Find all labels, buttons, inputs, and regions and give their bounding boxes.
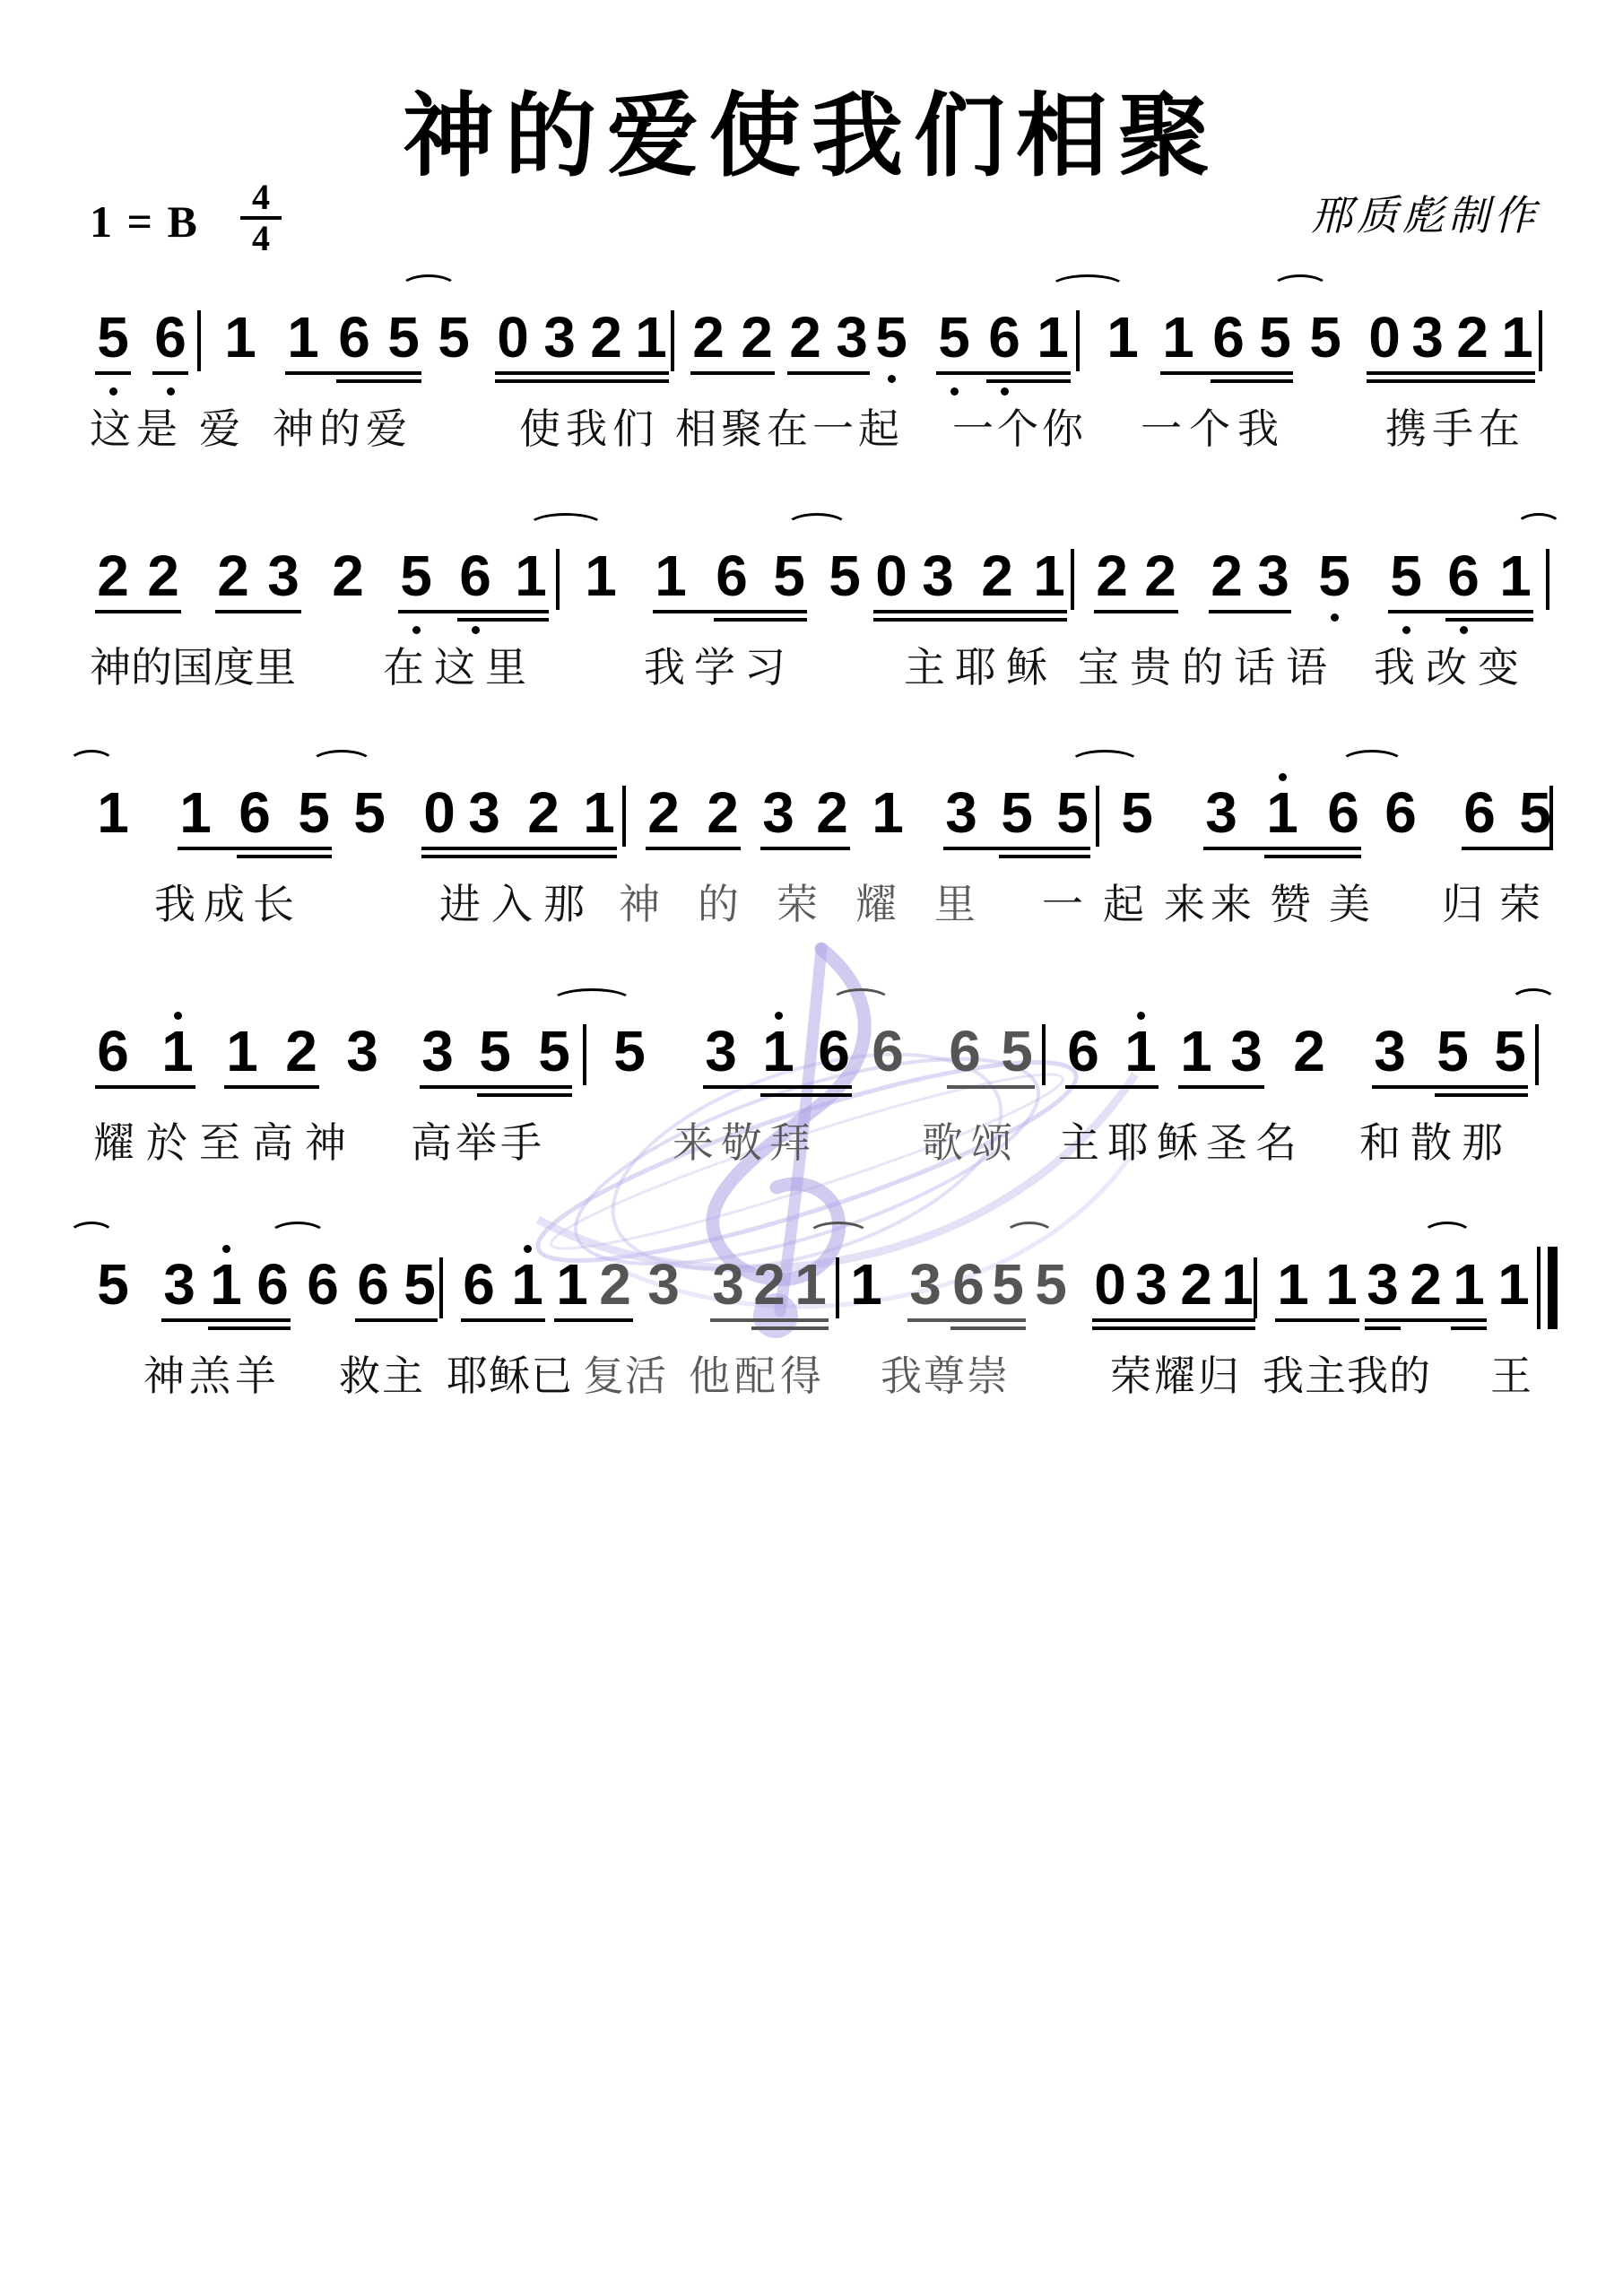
lyric-group: 耀於至高神 bbox=[93, 1119, 358, 1166]
beam-underline bbox=[1094, 610, 1178, 613]
beam-underline bbox=[161, 1318, 291, 1322]
note-digit-value: 6 bbox=[870, 1022, 906, 1080]
note-digit-value: 2 bbox=[690, 309, 726, 366]
tie-arc bbox=[1422, 1222, 1472, 1248]
note-digit: 5 bbox=[386, 309, 421, 366]
note-digit: 3 bbox=[420, 1022, 456, 1080]
note-digit-value: 6 bbox=[305, 1256, 341, 1313]
note-digit: 6 bbox=[95, 1022, 131, 1080]
note-digit-value: 2 bbox=[145, 547, 181, 604]
note-digit: 1 bbox=[1264, 784, 1300, 841]
note-digit-value: 1 bbox=[1451, 1256, 1487, 1313]
tie-arc bbox=[1271, 274, 1329, 301]
note-digit: 2 bbox=[1178, 1256, 1214, 1313]
note-digit-value: 5 bbox=[436, 309, 472, 366]
note-digit-value: 2 bbox=[705, 784, 741, 841]
note-digit: 5 bbox=[477, 1022, 513, 1080]
note-digit: 2 bbox=[646, 784, 681, 841]
beam-underline bbox=[1275, 1318, 1359, 1322]
note-digit: 1 bbox=[1105, 309, 1141, 366]
note-digit-value: 2 bbox=[283, 1022, 319, 1080]
note-digit: 5 bbox=[95, 309, 131, 366]
lyric-group: 和散那 bbox=[1359, 1119, 1513, 1166]
note-digit: 3 bbox=[1228, 1022, 1264, 1080]
note-digit-value: 6 bbox=[255, 1256, 291, 1313]
note-digit: 3 bbox=[920, 547, 956, 604]
beam-underline bbox=[1367, 371, 1535, 375]
note-digit-value: 1 bbox=[509, 1256, 545, 1313]
beam-underline bbox=[95, 610, 181, 613]
note-digit: 1 bbox=[633, 309, 669, 366]
note-digit: 5 bbox=[936, 309, 972, 366]
note-digit-value: 6 bbox=[947, 1022, 983, 1080]
beam-underline bbox=[653, 610, 807, 613]
final-bar-line-thin bbox=[1537, 1247, 1541, 1329]
note-digit-value: 1 bbox=[160, 1022, 195, 1080]
lyric-group: 在这里 bbox=[383, 644, 536, 691]
note-digit: 1 bbox=[1275, 1256, 1311, 1313]
note-digit: 2 bbox=[597, 1256, 633, 1313]
note-digit: 2 bbox=[1408, 1256, 1444, 1313]
note-digit: 6 bbox=[1462, 784, 1497, 841]
note-digit: 5 bbox=[536, 1022, 572, 1080]
beam-underline-2 bbox=[237, 855, 332, 858]
beam-underline bbox=[420, 1085, 572, 1089]
note-digit: 3 bbox=[344, 1022, 380, 1080]
note-digit: 3 bbox=[1410, 309, 1445, 366]
note-digit-value: 2 bbox=[739, 309, 775, 366]
sheet-music-page: 神的爱使我们相聚 1 = B 4 4 邢质彪制作 561165503212223… bbox=[0, 0, 1623, 2296]
note-digit: 5 bbox=[873, 309, 909, 366]
note-digit: 5 bbox=[436, 309, 472, 366]
note-digit-value: 2 bbox=[95, 547, 131, 604]
note-digit: 5 bbox=[999, 784, 1035, 841]
beam-underline bbox=[936, 371, 1071, 375]
bar-line bbox=[622, 786, 626, 847]
lyric-group: 爱 bbox=[199, 405, 240, 452]
lyric-group: 我成长 bbox=[154, 881, 302, 927]
note-digit: 6 bbox=[1445, 547, 1481, 604]
note-digit: 6 bbox=[336, 309, 372, 366]
note-digit: 5 bbox=[999, 1022, 1035, 1080]
octave-dot-low bbox=[412, 626, 421, 634]
note-digit-value: 1 bbox=[581, 784, 617, 841]
note-digit: 5 bbox=[1257, 309, 1293, 366]
bar-line bbox=[1549, 786, 1553, 847]
note-digit: 1 bbox=[509, 1256, 545, 1313]
note-digit: 3 bbox=[1133, 1256, 1169, 1313]
bar-line bbox=[439, 1257, 443, 1318]
lyric-group: 我改变 bbox=[1374, 644, 1530, 691]
note-digit-value: 3 bbox=[542, 309, 577, 366]
tie-arc bbox=[527, 513, 604, 540]
note-digit-value: 1 bbox=[848, 1256, 884, 1313]
note-digit: 5 bbox=[827, 547, 863, 604]
note-digit-value: 1 bbox=[760, 1022, 796, 1080]
bar-line bbox=[1076, 310, 1080, 371]
beam-underline bbox=[421, 847, 617, 850]
note-digit: 3 bbox=[907, 1256, 943, 1313]
tie-arc bbox=[807, 1222, 870, 1248]
note-digit-value: 3 bbox=[420, 1022, 456, 1080]
lyric-group: 一个你 bbox=[952, 405, 1087, 452]
note-digit: 5 bbox=[1033, 1256, 1069, 1313]
tie-arc bbox=[310, 750, 373, 777]
note-digit-value: 5 bbox=[1517, 784, 1553, 841]
note-digit-value: 6 bbox=[714, 547, 750, 604]
octave-dot-high bbox=[775, 1012, 783, 1020]
octave-dot-low bbox=[109, 387, 117, 396]
octave-dot-low bbox=[167, 387, 175, 396]
note-digit-value: 1 bbox=[222, 309, 258, 366]
tie-arc bbox=[1510, 988, 1557, 1015]
note-digit: 6 bbox=[1065, 1022, 1101, 1080]
note-digit-value: 6 bbox=[95, 1022, 131, 1080]
octave-dot-low bbox=[950, 387, 959, 396]
arranger-credit: 邢质彪制作 bbox=[1311, 194, 1540, 239]
lyric-group: 神羔羊 bbox=[143, 1352, 281, 1399]
note-digit: 5 bbox=[352, 784, 387, 841]
tie-arc bbox=[1049, 274, 1126, 301]
note-digit-value: 3 bbox=[1372, 1022, 1408, 1080]
lyric-group: 神的国度里 bbox=[90, 644, 296, 691]
note-digit: 1 bbox=[178, 784, 213, 841]
beam-underline bbox=[907, 1318, 1026, 1322]
note-digit-value: 5 bbox=[296, 784, 332, 841]
note-digit: 6 bbox=[457, 547, 493, 604]
bar-line bbox=[671, 310, 674, 371]
note-digit-value: 3 bbox=[710, 1256, 746, 1313]
note-digit-value: 6 bbox=[950, 1256, 986, 1313]
note-digit-value: 5 bbox=[1435, 1022, 1471, 1080]
note-digit: 6 bbox=[1325, 784, 1361, 841]
bar-line bbox=[1042, 1024, 1046, 1085]
note-digit: 1 bbox=[1451, 1256, 1487, 1313]
bar-line bbox=[1535, 1024, 1539, 1085]
note-digit-value: 2 bbox=[597, 1256, 633, 1313]
note-digit: 6 bbox=[947, 1022, 983, 1080]
beam-underline-2 bbox=[1445, 618, 1533, 622]
beam-underline-2 bbox=[477, 1093, 572, 1097]
note-digit-value: 5 bbox=[95, 309, 131, 366]
beam-underline bbox=[1065, 1085, 1159, 1089]
note-digit: 1 bbox=[1324, 1256, 1359, 1313]
note-digit-value: 5 bbox=[1492, 1022, 1528, 1080]
beam-underline bbox=[95, 371, 131, 375]
note-digit-value: 3 bbox=[1228, 1022, 1264, 1080]
note-digit: 6 bbox=[237, 784, 273, 841]
beam-underline-2 bbox=[760, 1093, 852, 1097]
tie-arc bbox=[400, 274, 457, 301]
lyric-group: 荣耀归 bbox=[1110, 1352, 1242, 1399]
note-digit: 0 bbox=[873, 547, 909, 604]
note-digit: 1 bbox=[1123, 1022, 1159, 1080]
beam-underline bbox=[461, 1318, 545, 1322]
beam-underline-2 bbox=[1365, 1326, 1401, 1330]
song-title: 神的爱使我们相聚 bbox=[403, 90, 1220, 186]
note-digit-value: 2 bbox=[1142, 547, 1178, 604]
lyric-group: 主耶稣 bbox=[904, 644, 1057, 691]
note-digit: 1 bbox=[581, 784, 617, 841]
lyric-group: 进入那 bbox=[439, 881, 595, 927]
note-digit-value: 3 bbox=[1133, 1256, 1169, 1313]
note-digit-value: 6 bbox=[336, 309, 372, 366]
note-digit-value: 1 bbox=[793, 1256, 829, 1313]
note-digit: 2 bbox=[330, 547, 366, 604]
note-digit-value: 3 bbox=[907, 1256, 943, 1313]
note-digit: 6 bbox=[870, 1022, 906, 1080]
note-digit: 3 bbox=[703, 1022, 739, 1080]
note-digit: 1 bbox=[1219, 1256, 1255, 1313]
beam-underline-2 bbox=[1264, 855, 1361, 858]
note-digit: 1 bbox=[285, 309, 321, 366]
note-digit: 5 bbox=[1435, 1022, 1471, 1080]
beam-underline bbox=[285, 371, 421, 375]
tie-arc bbox=[1340, 750, 1404, 777]
note-digit-value: 2 bbox=[1291, 1022, 1327, 1080]
note-digit-value: 2 bbox=[215, 547, 251, 604]
note-digit: 1 bbox=[95, 784, 131, 841]
beam-underline bbox=[224, 1085, 319, 1089]
note-digit: 3 bbox=[265, 547, 301, 604]
note-digit-value: 1 bbox=[513, 547, 549, 604]
note-digit: 5 bbox=[1517, 784, 1553, 841]
note-digit: 5 bbox=[612, 1022, 647, 1080]
note-digit-value: 5 bbox=[402, 1256, 438, 1313]
note-digit: 5 bbox=[95, 1256, 131, 1313]
note-digit: 2 bbox=[215, 547, 251, 604]
note-digit: 3 bbox=[1365, 1256, 1401, 1313]
note-digit: 5 bbox=[1492, 1022, 1528, 1080]
beam-underline-2 bbox=[1435, 1093, 1528, 1097]
beam-underline bbox=[495, 371, 669, 375]
octave-dot-high bbox=[222, 1245, 230, 1253]
tie-arc bbox=[269, 1222, 326, 1248]
note-digit: 5 bbox=[1388, 547, 1424, 604]
note-digit: 6 bbox=[950, 1256, 986, 1313]
bar-line bbox=[1546, 549, 1549, 610]
bar-line bbox=[1096, 786, 1099, 847]
note-digit: 1 bbox=[793, 1256, 829, 1313]
notation-content: 神的爱使我们相聚 1 = B 4 4 邢质彪制作 561165503212223… bbox=[0, 0, 1623, 2296]
note-digit: 5 bbox=[990, 1256, 1026, 1313]
note-digit-value: 2 bbox=[588, 309, 624, 366]
note-digit-value: 3 bbox=[1255, 547, 1291, 604]
note-digit-value: 5 bbox=[398, 547, 434, 604]
lyric-group: 我主我的 bbox=[1263, 1352, 1431, 1399]
note-digit: 1 bbox=[1035, 309, 1071, 366]
note-digit-value: 1 bbox=[95, 784, 131, 841]
note-digit-value: 2 bbox=[646, 784, 681, 841]
beam-underline-2 bbox=[986, 379, 1071, 383]
note-digit: 1 bbox=[513, 547, 549, 604]
note-digit: 5 bbox=[296, 784, 332, 841]
note-digit-value: 2 bbox=[979, 547, 1015, 604]
bar-line bbox=[583, 1024, 586, 1085]
beam-underline bbox=[215, 610, 301, 613]
note-digit: 3 bbox=[1255, 547, 1291, 604]
beam-underline-2 bbox=[495, 379, 669, 383]
note-digit-value: 5 bbox=[990, 1256, 1026, 1313]
note-digit-value: 3 bbox=[943, 784, 979, 841]
note-digit-value: 3 bbox=[1203, 784, 1239, 841]
note-digit-value: 6 bbox=[152, 309, 188, 366]
octave-dot-high bbox=[1279, 773, 1287, 781]
tie-arc bbox=[68, 750, 115, 777]
note-digit-value: 2 bbox=[525, 784, 561, 841]
beam-underline bbox=[178, 847, 332, 850]
note-digit-value: 5 bbox=[1033, 1256, 1069, 1313]
lyric-group: 这是 bbox=[90, 405, 183, 452]
note-digit-value: 3 bbox=[466, 784, 502, 841]
lyric-group: 歌颂 bbox=[922, 1119, 1020, 1166]
note-digit-value: 1 bbox=[870, 784, 906, 841]
note-digit-value: 1 bbox=[1264, 784, 1300, 841]
note-digit-value: 5 bbox=[771, 547, 807, 604]
beam-underline bbox=[760, 847, 850, 850]
lyric-group: 救主 bbox=[339, 1352, 425, 1399]
note-digit-value: 0 bbox=[1367, 309, 1402, 366]
lyric-group: 宝贵的话语 bbox=[1078, 644, 1338, 691]
bar-line bbox=[197, 310, 201, 371]
note-digit-value: 3 bbox=[344, 1022, 380, 1080]
note-digit: 6 bbox=[461, 1256, 497, 1313]
note-digit-value: 5 bbox=[827, 547, 863, 604]
note-digit: 2 bbox=[814, 784, 850, 841]
note-digit-value: 3 bbox=[920, 547, 956, 604]
note-digit-value: 5 bbox=[936, 309, 972, 366]
note-digit-value: 6 bbox=[1445, 547, 1481, 604]
octave-dot-high bbox=[174, 1012, 182, 1020]
note-digit: 1 bbox=[653, 547, 689, 604]
time-signature-denominator: 4 bbox=[240, 220, 282, 257]
note-digit-value: 5 bbox=[1055, 784, 1090, 841]
lyric-group: 耶稣已 bbox=[447, 1352, 573, 1399]
beam-underline bbox=[873, 610, 1067, 613]
note-digit: 6 bbox=[152, 309, 188, 366]
note-digit: 5 bbox=[1307, 309, 1343, 366]
note-digit: 2 bbox=[95, 547, 131, 604]
note-digit: 3 bbox=[646, 1256, 681, 1313]
note-digit: 1 bbox=[208, 1256, 244, 1313]
beam-underline-2 bbox=[873, 618, 1067, 622]
note-digit-value: 2 bbox=[751, 1256, 787, 1313]
note-digit: 5 bbox=[398, 547, 434, 604]
note-digit-value: 1 bbox=[1497, 547, 1533, 604]
note-digit: 3 bbox=[710, 1256, 746, 1313]
octave-dot-high bbox=[524, 1245, 532, 1253]
note-digit-value: 6 bbox=[816, 1022, 852, 1080]
note-digit: 6 bbox=[305, 1256, 341, 1313]
note-digit-value: 3 bbox=[161, 1256, 197, 1313]
note-digit: 6 bbox=[1211, 309, 1246, 366]
beam-underline-2 bbox=[457, 618, 549, 622]
tie-arc bbox=[1004, 1222, 1055, 1248]
lyric-group: 归荣 bbox=[1442, 881, 1557, 927]
note-digit-value: 2 bbox=[330, 547, 366, 604]
note-digit-value: 1 bbox=[1219, 1256, 1255, 1313]
note-digit: 6 bbox=[355, 1256, 391, 1313]
note-digit-value: 3 bbox=[1410, 309, 1445, 366]
lyric-group: 高举手 bbox=[411, 1119, 545, 1166]
note-digit: 2 bbox=[588, 309, 624, 366]
note-digit: 0 bbox=[1092, 1256, 1128, 1313]
note-digit: 1 bbox=[1499, 309, 1535, 366]
note-digit-value: 1 bbox=[208, 1256, 244, 1313]
note-digit: 1 bbox=[1160, 309, 1196, 366]
note-digit: 0 bbox=[1367, 309, 1402, 366]
note-digit-value: 5 bbox=[873, 309, 909, 366]
note-digit-value: 6 bbox=[355, 1256, 391, 1313]
note-digit-value: 0 bbox=[495, 309, 531, 366]
beam-underline bbox=[355, 1318, 438, 1322]
note-digit: 3 bbox=[943, 784, 979, 841]
beam-underline-2 bbox=[1092, 1326, 1255, 1330]
beam-underline bbox=[690, 371, 775, 375]
note-digit-value: 6 bbox=[1211, 309, 1246, 366]
note-digit-value: 1 bbox=[1275, 1256, 1311, 1313]
note-digit: 2 bbox=[525, 784, 561, 841]
note-digit: 3 bbox=[1203, 784, 1239, 841]
note-digit: 1 bbox=[1497, 547, 1533, 604]
note-digit-value: 1 bbox=[1035, 309, 1071, 366]
beam-underline bbox=[703, 1085, 852, 1089]
octave-dot-low bbox=[1402, 626, 1410, 634]
lyric-group: 王 bbox=[1490, 1352, 1532, 1399]
note-digit: 6 bbox=[714, 547, 750, 604]
note-digit-value: 6 bbox=[457, 547, 493, 604]
beam-underline bbox=[1372, 1085, 1528, 1089]
note-digit-value: 1 bbox=[1496, 1256, 1532, 1313]
note-digit: 2 bbox=[1209, 547, 1245, 604]
note-digit-value: 1 bbox=[633, 309, 669, 366]
beam-underline bbox=[1203, 847, 1361, 850]
note-digit: 1 bbox=[160, 1022, 195, 1080]
note-digit-value: 5 bbox=[999, 784, 1035, 841]
note-digit-value: 5 bbox=[1257, 309, 1293, 366]
note-digit-value: 5 bbox=[999, 1022, 1035, 1080]
note-digit: 1 bbox=[583, 547, 619, 604]
beam-underline bbox=[554, 1318, 633, 1322]
note-digit: 3 bbox=[760, 784, 796, 841]
note-digit-value: 1 bbox=[1123, 1022, 1159, 1080]
lyric-group: 使我们 bbox=[519, 405, 659, 452]
octave-dot-low bbox=[1460, 626, 1468, 634]
lyric-group: 神的荣耀里 bbox=[619, 881, 1013, 927]
lyric-group: 我尊崇 bbox=[881, 1352, 1010, 1399]
note-digit-value: 5 bbox=[1307, 309, 1343, 366]
beam-underline-2 bbox=[421, 855, 617, 858]
note-digit: 2 bbox=[1142, 547, 1178, 604]
beam-underline-2 bbox=[1367, 379, 1535, 383]
note-digit: 1 bbox=[848, 1256, 884, 1313]
octave-dot-high bbox=[1137, 1012, 1145, 1020]
octave-dot-low bbox=[1331, 613, 1339, 622]
lyric-group: 神的爱 bbox=[273, 405, 412, 452]
beam-underline bbox=[1462, 847, 1553, 850]
lyric-group: 来赞美 bbox=[1211, 881, 1388, 927]
note-digit: 1 bbox=[222, 309, 258, 366]
note-digit: 3 bbox=[466, 784, 502, 841]
note-digit: 5 bbox=[1119, 784, 1155, 841]
beam-underline-2 bbox=[999, 855, 1090, 858]
note-digit: 2 bbox=[283, 1022, 319, 1080]
note-digit-value: 1 bbox=[554, 1256, 590, 1313]
note-digit-value: 5 bbox=[1316, 547, 1352, 604]
note-digit: 2 bbox=[690, 309, 726, 366]
beam-underline bbox=[1209, 610, 1291, 613]
note-digit-value: 3 bbox=[1365, 1256, 1401, 1313]
